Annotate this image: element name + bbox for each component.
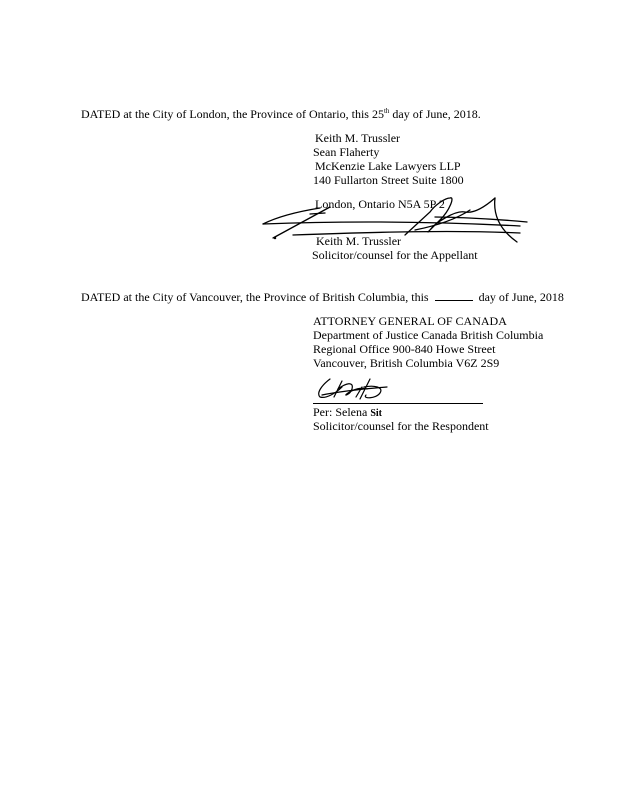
appellant-firm-line: McKenzie Lake Lawyers LLP: [315, 159, 461, 173]
respondent-dated-suffix: day of June, 2018: [479, 290, 564, 304]
respondent-signatory-role: Solicitor/counsel for the Respondent: [313, 419, 489, 433]
appellant-name-line: Keith M. Trussler: [315, 131, 400, 145]
day-blank-field: [435, 290, 473, 301]
respondent-signature: [312, 375, 412, 405]
respondent-dated-prefix: DATED at the City of Vancouver, the Prov…: [81, 290, 429, 304]
appellant-signatory-name: Keith M. Trussler: [316, 234, 401, 248]
respondent-signature-line: [313, 403, 483, 404]
appellant-street-line: 140 Fullarton Street Suite 1800: [313, 173, 464, 187]
appellant-dated-line: DATED at the City of London, the Provinc…: [81, 107, 481, 121]
respondent-org-line: ATTORNEY GENERAL OF CANADA: [313, 314, 507, 328]
respondent-dept-line: Department of Justice Canada British Col…: [313, 328, 543, 342]
appellant-dated-prefix: DATED at the City of London, the Provinc…: [81, 107, 384, 121]
appellant-co-counsel-line: Sean Flaherty: [313, 145, 379, 159]
respondent-office-line: Regional Office 900-840 Howe Street: [313, 342, 495, 356]
appellant-dated-suffix: day of June, 2018.: [389, 107, 480, 121]
respondent-city-line: Vancouver, British Columbia V6Z 2S9: [313, 356, 499, 370]
respondent-dated-line: DATED at the City of Vancouver, the Prov…: [81, 290, 564, 304]
respondent-signatory-prefix: Per: Selena: [313, 405, 370, 419]
respondent-signatory-surname: Sit: [370, 408, 382, 419]
appellant-signatory-role: Solicitor/counsel for the Appellant: [312, 248, 478, 262]
